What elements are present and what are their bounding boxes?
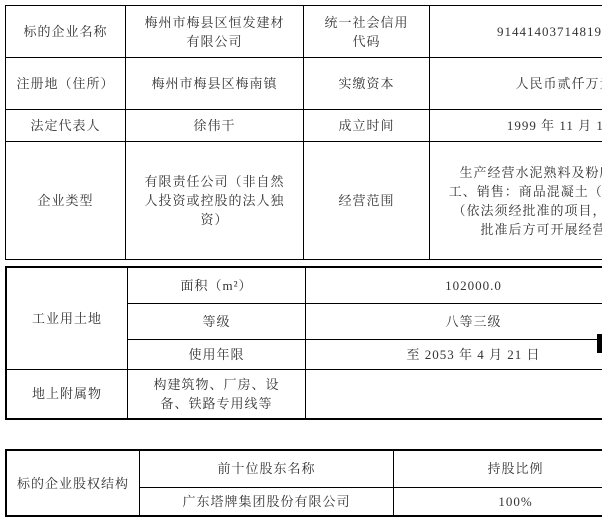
registered-address-value: 梅州市梅县区梅南镇 [126, 58, 304, 110]
legal-representative-value: 徐伟干 [126, 110, 304, 142]
establish-date-value: 1999 年 11 月 1 日 [430, 110, 602, 142]
land-grade-label: 等级 [128, 303, 306, 339]
paid-capital-label: 实缴资本 [304, 58, 430, 110]
table-row: 注册地（住所） 梅州市梅县区梅南镇 实缴资本 人民币贰仟万元 [6, 58, 602, 110]
attachments-value: 构建筑物、厂房、设备、铁路专用线等 [128, 369, 306, 419]
establish-date-label: 成立时间 [304, 110, 430, 142]
credit-code-value: 914414037148199584 [430, 6, 602, 58]
land-grade-value: 八等三级 [306, 303, 602, 339]
shareholder-name-header: 前十位股东名称 [140, 450, 394, 487]
shareholder-name-value: 广东塔牌集团股份有限公司 [140, 487, 394, 516]
land-term-value: 至 2053 年 4 月 21 日 [306, 339, 602, 369]
paid-capital-value: 人民币贰仟万元 [430, 58, 602, 110]
attachments-label: 地上附属物 [6, 369, 128, 419]
equity-structure-table: 标的企业股权结构 前十位股东名称 持股比例 广东塔牌集团股份有限公司 100% [5, 449, 602, 517]
land-area-label: 面积（m²） [128, 267, 306, 303]
land-area-value: 102000.0 [306, 267, 602, 303]
shareholding-ratio-value: 100% [394, 487, 602, 516]
table-row: 企业类型 有限责任公司（非自然人投资或控股的法人独资） 经营范围 生产经营水泥熟… [6, 142, 602, 260]
equity-structure-label: 标的企业股权结构 [6, 450, 140, 516]
document-page: 标的企业名称 梅州市梅县区恒发建材有限公司 统一社会信用代码 914414037… [0, 0, 602, 523]
table-row: 标的企业名称 梅州市梅县区恒发建材有限公司 统一社会信用代码 914414037… [6, 6, 602, 58]
business-scope-label: 经营范围 [304, 142, 430, 260]
shareholding-ratio-header: 持股比例 [394, 450, 602, 487]
registered-address-label: 注册地（住所） [6, 58, 126, 110]
table-row: 法定代表人 徐伟干 成立时间 1999 年 11 月 1 日 [6, 110, 602, 142]
legal-representative-label: 法定代表人 [6, 110, 126, 142]
company-name-label: 标的企业名称 [6, 6, 126, 58]
table-row: 工业用土地 面积（m²） 102000.0 [6, 267, 602, 303]
attachments-extra-cell [306, 369, 602, 419]
company-type-label: 企业类型 [6, 142, 126, 260]
table-row: 标的企业股权结构 前十位股东名称 持股比例 [6, 450, 602, 487]
land-info-table: 工业用土地 面积（m²） 102000.0 等级 八等三级 使用年限 至 205… [5, 266, 602, 420]
land-term-label: 使用年限 [128, 339, 306, 369]
company-name-value: 梅州市梅县区恒发建材有限公司 [126, 6, 304, 58]
table-row: 地上附属物 构建筑物、厂房、设备、铁路专用线等 [6, 369, 602, 419]
industrial-land-label: 工业用土地 [6, 267, 128, 369]
company-type-value: 有限责任公司（非自然人投资或控股的法人独资） [126, 142, 304, 260]
credit-code-label: 统一社会信用代码 [304, 6, 430, 58]
scrollbar-fragment [597, 334, 602, 353]
company-info-table: 标的企业名称 梅州市梅县区恒发建材有限公司 统一社会信用代码 914414037… [5, 5, 602, 260]
business-scope-value: 生产经营水泥熟料及粉磨加工；加工、销售：商品混凝土（预拌砂浆）。（依法须经批准的… [430, 142, 602, 260]
